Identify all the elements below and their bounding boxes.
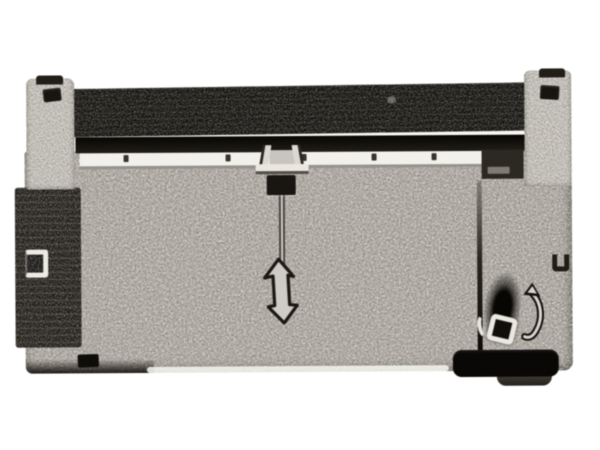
guide-base [256, 164, 309, 174]
left-tab [78, 354, 100, 368]
latch-slot [552, 254, 569, 271]
feed-direction-arrow-icon [253, 255, 309, 327]
rail-end-cap [482, 150, 524, 179]
photo-canvas [0, 0, 600, 450]
rail-notch [124, 155, 129, 162]
left-post-cap [36, 75, 63, 84]
bottom-bar [453, 349, 559, 377]
rail-notch [226, 154, 231, 161]
rotate-arrow-icon [511, 281, 545, 347]
ink-ribbon-band [69, 82, 528, 137]
window-bracket-mark [25, 250, 48, 278]
right-post-hole [540, 85, 560, 100]
right-post-cap [539, 68, 565, 77]
ribbon-window [15, 187, 82, 347]
guide-block [267, 175, 296, 195]
rail-notch [432, 153, 437, 160]
rail-end-detail [488, 167, 510, 174]
ribbon-fleck [387, 96, 396, 103]
left-post-hole [43, 88, 62, 103]
bottom-highlight-edge [147, 365, 449, 373]
grain-texture [69, 82, 528, 137]
rail-notch [372, 154, 377, 161]
ribbon-cartridge [0, 0, 600, 450]
